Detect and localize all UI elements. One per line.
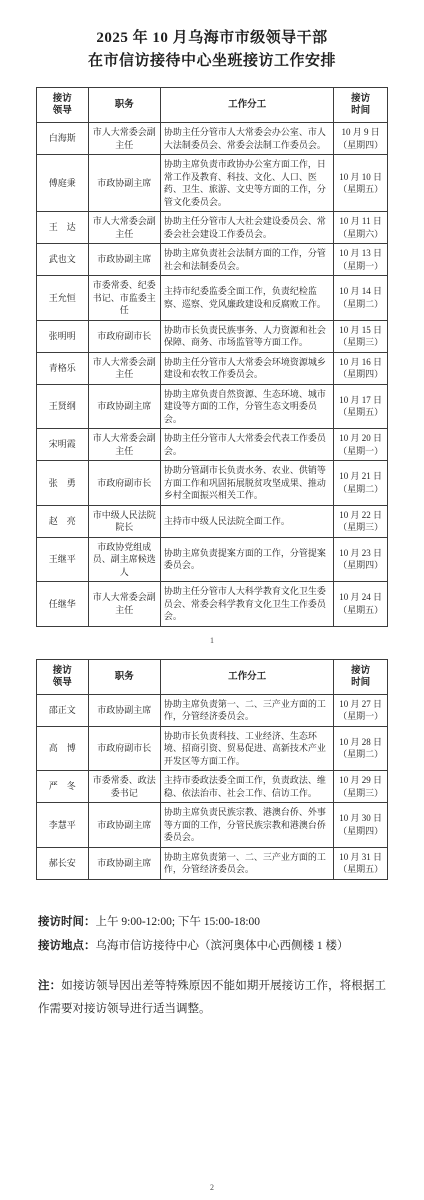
reception-time: 10 月 20 日（星期一） — [334, 429, 388, 461]
leader-position: 市政协副主席 — [88, 155, 160, 212]
leader-name: 严 冬 — [37, 771, 89, 803]
note-label: 注： — [38, 980, 61, 992]
reception-time: 10 月 10 日（星期五） — [334, 155, 388, 212]
table-row: 宋明霞 市人大常委会副主任 协助主任分管市人大常委会代表工作委员会。 10 月 … — [37, 429, 388, 461]
table-row: 武也文 市政协副主席 协助主席负责社会法制方面的工作，分管社会和法制委员会。 1… — [37, 244, 388, 276]
leader-duty: 协助主席负责第一、二、三产业方面的工作，分管经济委员会。 — [160, 694, 333, 726]
leader-position: 市人大常委会副主任 — [88, 582, 160, 627]
header-time: 接访 时间 — [334, 659, 388, 694]
table-row: 王允恒 市委常委、纪委书记、市监委主任 主持市纪委监委全面工作，负责纪检监察、巡… — [37, 276, 388, 321]
leader-position: 市人大常委会副主任 — [88, 429, 160, 461]
leader-position: 市政府副市长 — [88, 461, 160, 506]
reception-time-label: 接访时间： — [38, 916, 96, 928]
leader-duty: 协助主任分管市人大常委会环境资源城乡建设和农牧工作委员会。 — [160, 352, 333, 384]
header-position: 职务 — [88, 659, 160, 694]
leader-position: 市委常委、政法委书记 — [88, 771, 160, 803]
header-time: 接访 时间 — [334, 88, 388, 123]
leader-name: 王继平 — [37, 537, 89, 582]
table-row: 傅庭秉 市政协副主席 协助主席负责市政协办公室方面工作，日常工作及教育、科技、文… — [37, 155, 388, 212]
header-duty: 工作分工 — [160, 659, 333, 694]
reception-place-label: 接访地点： — [38, 940, 96, 952]
leader-position: 市政协副主席 — [88, 694, 160, 726]
table-row: 赵 亮 市中级人民法院院长 主持市中级人民法院全面工作。 10 月 22 日（星… — [37, 505, 388, 537]
reception-time: 10 月 22 日（星期三） — [334, 505, 388, 537]
leader-duty: 主持市纪委监委全面工作，负责纪检监察、巡察、党风廉政建设和反腐败工作。 — [160, 276, 333, 321]
leader-name: 张明明 — [37, 320, 89, 352]
table-row: 严 冬 市委常委、政法委书记 主持市委政法委全面工作，负责政法、维稳、依法治市、… — [37, 771, 388, 803]
leader-name: 王允恒 — [37, 276, 89, 321]
leader-duty: 协助主席负责提案方面的工作，分管提案委员会。 — [160, 537, 333, 582]
reception-time: 10 月 11 日（星期六） — [334, 212, 388, 244]
table-header-row: 接访 领导 职务 工作分工 接访 时间 — [37, 659, 388, 694]
leader-name: 白海斯 — [37, 123, 89, 155]
leader-duty: 主持市中级人民法院全面工作。 — [160, 505, 333, 537]
leader-duty: 协助主席负责市政协办公室方面工作，日常工作及教育、科技、文化、人口、医药、卫生、… — [160, 155, 333, 212]
page-title: 2025 年 10 月乌海市市级领导干部在市信访接待中心坐班接访工作安排 — [0, 0, 424, 73]
reception-place-line: 接访地点：乌海市信访接待中心（滨河奥体中心西侧楼 1 楼） — [38, 934, 386, 958]
table-row: 白海斯 市人大常委会副主任 协助主任分管市人大常委会办公室、市人大法制委员会、常… — [37, 123, 388, 155]
leader-position: 市政协副主席 — [88, 244, 160, 276]
leader-duty: 协助市长负责科技、工业经济、生态环境、招商引资、贸易促进、高新技术产业开发区等方… — [160, 726, 333, 771]
reception-time: 10 月 13 日（星期一） — [334, 244, 388, 276]
leader-position: 市政府副市长 — [88, 320, 160, 352]
note-text: 如接访领导因出差等特殊原因不能如期开展接访工作，将根据工作需要对接访领导进行适当… — [38, 980, 386, 1015]
schedule-table-page1: 接访 领导 职务 工作分工 接访 时间 白海斯 市人大常委会副主任 协助主任分管… — [36, 87, 388, 627]
reception-time-line: 接访时间：上午 9:00-12:00; 下午 15:00-18:00 — [38, 910, 386, 934]
leader-name: 宋明霞 — [37, 429, 89, 461]
leader-position: 市政协副主席 — [88, 803, 160, 848]
table-row: 邵正文 市政协副主席 协助主席负责第一、二、三产业方面的工作，分管经济委员会。 … — [37, 694, 388, 726]
page-title-line1: 2025 年 10 月乌海市市级领导干部 — [96, 30, 327, 46]
table-row: 郝长安 市政协副主席 协助主席负责第一、二、三产业方面的工作，分管经济委员会。 … — [37, 847, 388, 879]
leader-name: 李慧平 — [37, 803, 89, 848]
table-row: 王 达 市人大常委会副主任 协助主任分管市人大社会建设委员会、常委会社会建设工作… — [37, 212, 388, 244]
leader-duty: 协助主任分管市人大常委会办公室、市人大法制委员会、常委会法制工作委员会。 — [160, 123, 333, 155]
leader-position: 市政协党组成员、副主席候选人 — [88, 537, 160, 582]
header-duty: 工作分工 — [160, 88, 333, 123]
reception-time: 10 月 21 日（星期二） — [334, 461, 388, 506]
leader-position: 市中级人民法院院长 — [88, 505, 160, 537]
table-row: 王继平 市政协党组成员、副主席候选人 协助主席负责提案方面的工作，分管提案委员会… — [37, 537, 388, 582]
page1-number: 1 — [0, 636, 424, 645]
header-position: 职务 — [88, 88, 160, 123]
document-page: 2025 年 10 月乌海市市级领导干部在市信访接待中心坐班接访工作安排 接访 … — [0, 0, 424, 1200]
reception-time: 10 月 31 日（星期五） — [334, 847, 388, 879]
note: 注：如接访领导因出差等特殊原因不能如期开展接访工作，将根据工作需要对接访领导进行… — [38, 975, 386, 1021]
reception-time: 10 月 29 日（星期三） — [334, 771, 388, 803]
leader-duty: 协助主席负责民族宗教、港澳台侨、外事等方面的工作，分管民族宗教和港澳台侨委员会。 — [160, 803, 333, 848]
leader-duty: 协助主任分管市人大社会建设委员会、常委会社会建设工作委员会。 — [160, 212, 333, 244]
leader-name: 王贤纲 — [37, 384, 89, 429]
page2-number: 2 — [0, 1183, 424, 1192]
reception-time: 10 月 28 日（星期二） — [334, 726, 388, 771]
reception-time: 10 月 9 日（星期四） — [334, 123, 388, 155]
leader-duty: 协助主席负责自然资源、生态环境、城市建设等方面的工作，分管生态文明委员会。 — [160, 384, 333, 429]
leader-name: 张 勇 — [37, 461, 89, 506]
leader-position: 市人大常委会副主任 — [88, 352, 160, 384]
reception-time: 10 月 16 日（星期四） — [334, 352, 388, 384]
leader-name: 赵 亮 — [37, 505, 89, 537]
leader-duty: 主持市委政法委全面工作，负责政法、维稳、依法治市、社会工作、信访工作。 — [160, 771, 333, 803]
reception-time: 10 月 30 日（星期四） — [334, 803, 388, 848]
leader-position: 市人大常委会副主任 — [88, 123, 160, 155]
leader-name: 武也文 — [37, 244, 89, 276]
leader-name: 王 达 — [37, 212, 89, 244]
header-leader: 接访 领导 — [37, 659, 89, 694]
leader-name: 高 博 — [37, 726, 89, 771]
table-row: 任继华 市人大常委会副主任 协助主任分管市人大科学教育文化卫生委员会、常委会科学… — [37, 582, 388, 627]
table-row: 张 勇 市政府副市长 协助分管副市长负责水务、农业、供销等方面工作和巩固拓展脱贫… — [37, 461, 388, 506]
leader-duty: 协助主席负责第一、二、三产业方面的工作，分管经济委员会。 — [160, 847, 333, 879]
table-row: 李慧平 市政协副主席 协助主席负责民族宗教、港澳台侨、外事等方面的工作，分管民族… — [37, 803, 388, 848]
leader-position: 市政府副市长 — [88, 726, 160, 771]
reception-place-value: 乌海市信访接待中心（滨河奥体中心西侧楼 1 楼） — [96, 940, 349, 952]
header-leader: 接访 领导 — [37, 88, 89, 123]
leader-duty: 协助市长负责民族事务、人力资源和社会保障、商务、市场监管等方面工作。 — [160, 320, 333, 352]
reception-time: 10 月 15 日（星期三） — [334, 320, 388, 352]
leader-duty: 协助主任分管市人大常委会代表工作委员会。 — [160, 429, 333, 461]
leader-name: 邵正文 — [37, 694, 89, 726]
page-title-line2: 在市信访接待中心坐班接访工作安排 — [88, 53, 336, 69]
leader-duty: 协助主席负责社会法制方面的工作，分管社会和法制委员会。 — [160, 244, 333, 276]
leader-position: 市政协副主席 — [88, 384, 160, 429]
leader-name: 青格乐 — [37, 352, 89, 384]
schedule-table-page2: 接访 领导 职务 工作分工 接访 时间 邵正文 市政协副主席 协助主席负责第一、… — [36, 659, 388, 880]
leader-name: 郝长安 — [37, 847, 89, 879]
reception-time: 10 月 24 日（星期五） — [334, 582, 388, 627]
table-row: 张明明 市政府副市长 协助市长负责民族事务、人力资源和社会保障、商务、市场监管等… — [37, 320, 388, 352]
reception-time: 10 月 27 日（星期一） — [334, 694, 388, 726]
leader-position: 市委常委、纪委书记、市监委主任 — [88, 276, 160, 321]
reception-time: 10 月 17 日（星期五） — [334, 384, 388, 429]
reception-time: 10 月 14 日（星期二） — [334, 276, 388, 321]
leader-duty: 协助主任分管市人大科学教育文化卫生委员会、常委会科学教育文化卫生工作委员会。 — [160, 582, 333, 627]
table-row: 青格乐 市人大常委会副主任 协助主任分管市人大常委会环境资源城乡建设和农牧工作委… — [37, 352, 388, 384]
leader-name: 任继华 — [37, 582, 89, 627]
leader-name: 傅庭秉 — [37, 155, 89, 212]
table-header-row: 接访 领导 职务 工作分工 接访 时间 — [37, 88, 388, 123]
table-row: 王贤纲 市政协副主席 协助主席负责自然资源、生态环境、城市建设等方面的工作，分管… — [37, 384, 388, 429]
leader-position: 市人大常委会副主任 — [88, 212, 160, 244]
leader-position: 市政协副主席 — [88, 847, 160, 879]
reception-time: 10 月 23 日（星期四） — [334, 537, 388, 582]
reception-info: 接访时间：上午 9:00-12:00; 下午 15:00-18:00 接访地点：… — [38, 910, 386, 958]
reception-time-value: 上午 9:00-12:00; 下午 15:00-18:00 — [96, 916, 261, 928]
leader-duty: 协助分管副市长负责水务、农业、供销等方面工作和巩固拓展脱贫攻坚成果、推动乡村全面… — [160, 461, 333, 506]
table-row: 高 博 市政府副市长 协助市长负责科技、工业经济、生态环境、招商引资、贸易促进、… — [37, 726, 388, 771]
